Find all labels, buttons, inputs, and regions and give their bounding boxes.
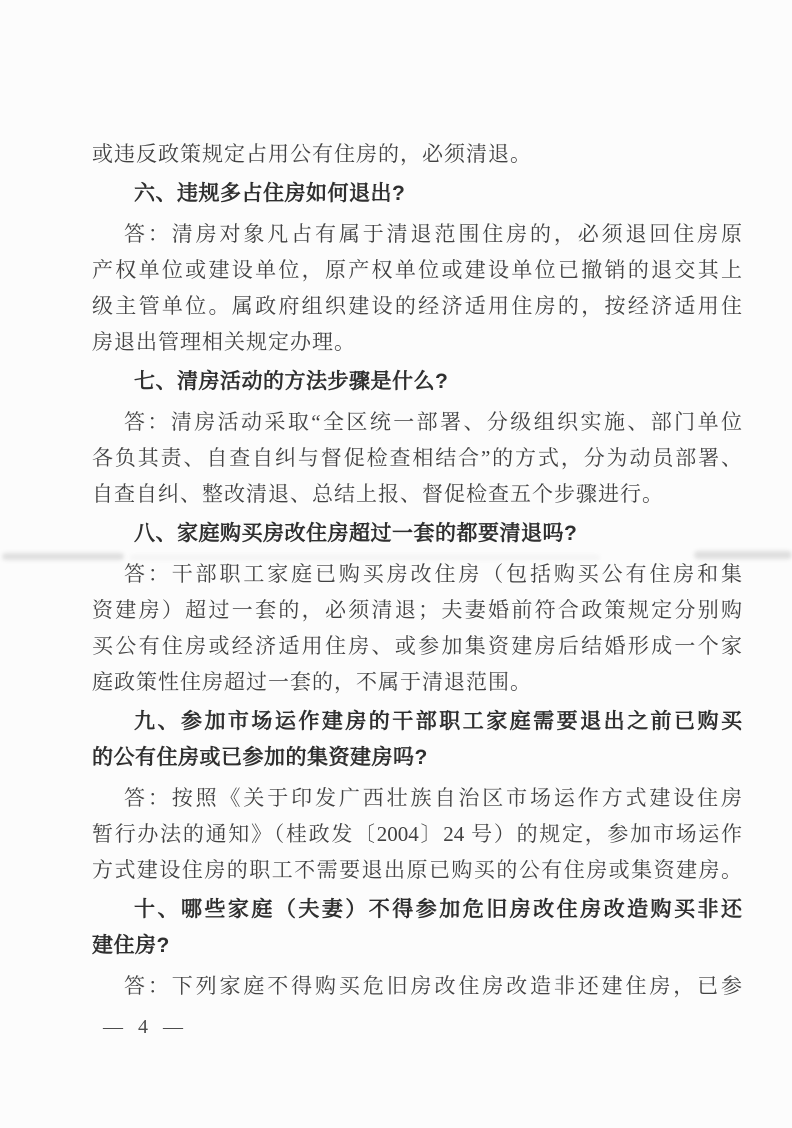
question-heading-continuation: 建住房? (92, 928, 742, 964)
scan-artifact (694, 551, 792, 559)
question-heading: 七、清房活动的方法步骤是什么? (92, 364, 742, 400)
answer-line: 资建房）超过一套的，必须清退；夫妻婚前符合政策规定分别购 (92, 592, 742, 628)
document-text-block: 或违反政策规定占用公有住房的，必须清退。 六、违规多占住房如何退出? 答：清房对… (92, 136, 742, 1004)
question-heading-continuation: 的公有住房或已参加的集资建房吗? (92, 740, 742, 776)
answer-line: 房退出管理相关规定办理。 (92, 324, 742, 360)
answer-line: 答：清房对象凡占有属于清退范围住房的，必须退回住房原 (92, 216, 742, 252)
answer-line: 各负其责、自查自纠与督促检查相结合”的方式，分为动员部署、 (92, 440, 742, 476)
question-heading: 六、违规多占住房如何退出? (92, 176, 742, 212)
answer-line: 方式建设住房的职工不需要退出原已购买的公有住房或集资建房。 (92, 852, 742, 888)
document-page: 或违反政策规定占用公有住房的，必须清退。 六、违规多占住房如何退出? 答：清房对… (0, 0, 792, 1128)
answer-line: 答：按照《关于印发广西壮族自治区市场运作方式建设住房 (92, 780, 742, 816)
answer-line: 答：下列家庭不得购买危旧房改住房改造非还建住房，已参 (92, 968, 742, 1004)
answer-line: 买公有住房或经济适用住房、或参加集资建房后结婚形成一个家 (92, 628, 742, 664)
body-text-line: 或违反政策规定占用公有住房的，必须清退。 (92, 136, 742, 172)
answer-line: 暂行办法的通知》（桂政发〔2004〕24 号）的规定，参加市场运作 (92, 816, 742, 852)
answer-line: 级主管单位。属政府组织建设的经济适用住房的，按经济适用住 (92, 288, 742, 324)
answer-line: 产权单位或建设单位，原产权单位或建设单位已撤销的退交其上 (92, 252, 742, 288)
answer-line: 答：清房活动采取“全区统一部署、分级组织实施、部门单位 (92, 404, 742, 440)
question-heading: 八、家庭购买房改住房超过一套的都要清退吗? (92, 516, 742, 552)
answer-line: 答：干部职工家庭已购买房改住房（包括购买公有住房和集 (92, 556, 742, 592)
answer-line: 庭政策性住房超过一套的，不属于清退范围。 (92, 664, 742, 700)
answer-line: 自查自纠、整改清退、总结上报、督促检查五个步骤进行。 (92, 476, 742, 512)
scan-artifact (2, 553, 124, 560)
question-heading: 九、参加市场运作建房的干部职工家庭需要退出之前已购买 (92, 704, 742, 740)
page-number: — 4 — (103, 1012, 188, 1042)
question-heading: 十、哪些家庭（夫妻）不得参加危旧房改住房改造购买非还 (92, 892, 742, 928)
scan-artifact (130, 555, 600, 560)
